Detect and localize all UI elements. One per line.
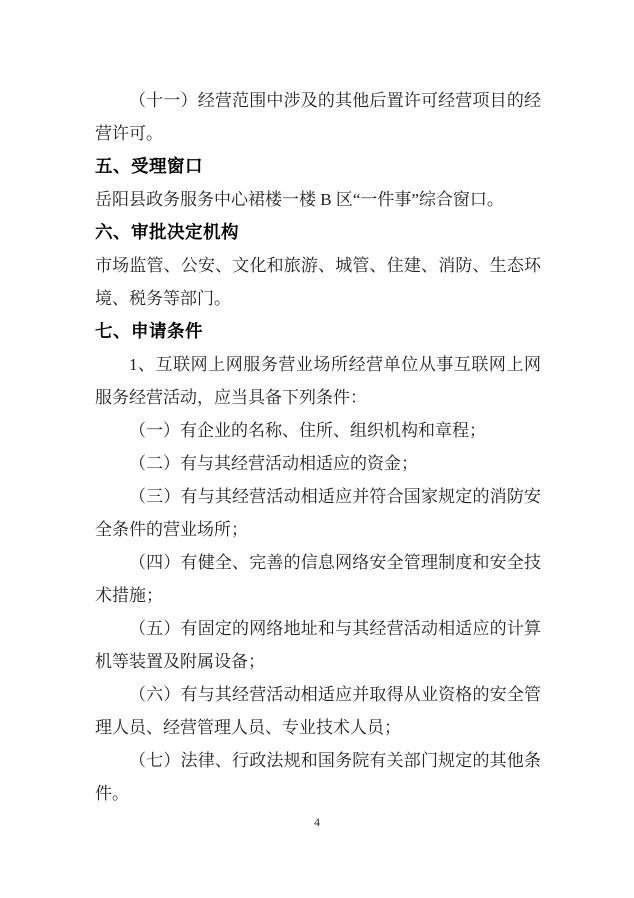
body-paragraph: （七）法律、行政法规和国务院有关部门规定的其他条件。: [95, 744, 541, 810]
body-paragraph: （六）有与其经营活动相适应并取得从业资格的安全管理人员、经营管理人员、专业技术人…: [95, 678, 541, 744]
page-footer: 4: [0, 814, 634, 830]
body-paragraph: （十一）经营范围中涉及的其他后置许可经营项目的经营许可。: [95, 84, 541, 150]
body-paragraph: （四）有健全、完善的信息网络安全管理制度和安全技术措施；: [95, 546, 541, 612]
document-body: （十一）经营范围中涉及的其他后置许可经营项目的经营许可。五、受理窗口岳阳县政务服…: [95, 84, 541, 810]
body-paragraph: 岳阳县政务服务中心裙楼一楼 B 区“一件事”综合窗口。: [95, 183, 541, 216]
section-heading: 七、申请条件: [95, 315, 541, 348]
body-paragraph: （五）有固定的网络地址和与其经营活动相适应的计算机等装置及附属设备；: [95, 612, 541, 678]
body-paragraph: （一）有企业的名称、住所、组织机构和章程；: [95, 414, 541, 447]
body-paragraph: （二）有与其经营活动相适应的资金；: [95, 447, 541, 480]
section-heading: 六、审批决定机构: [95, 216, 541, 249]
body-paragraph: （三）有与其经营活动相适应并符合国家规定的消防安全条件的营业场所；: [95, 480, 541, 546]
body-paragraph: 市场监管、公安、文化和旅游、城管、住建、消防、生态环境、税务等部门。: [95, 249, 541, 315]
body-paragraph: 1、互联网上网服务营业场所经营单位从事互联网上网服务经营活动，应当具备下列条件：: [95, 348, 541, 414]
document-page: （十一）经营范围中涉及的其他后置许可经营项目的经营许可。五、受理窗口岳阳县政务服…: [0, 0, 634, 898]
page-number: 4: [314, 815, 320, 829]
section-heading: 五、受理窗口: [95, 150, 541, 183]
